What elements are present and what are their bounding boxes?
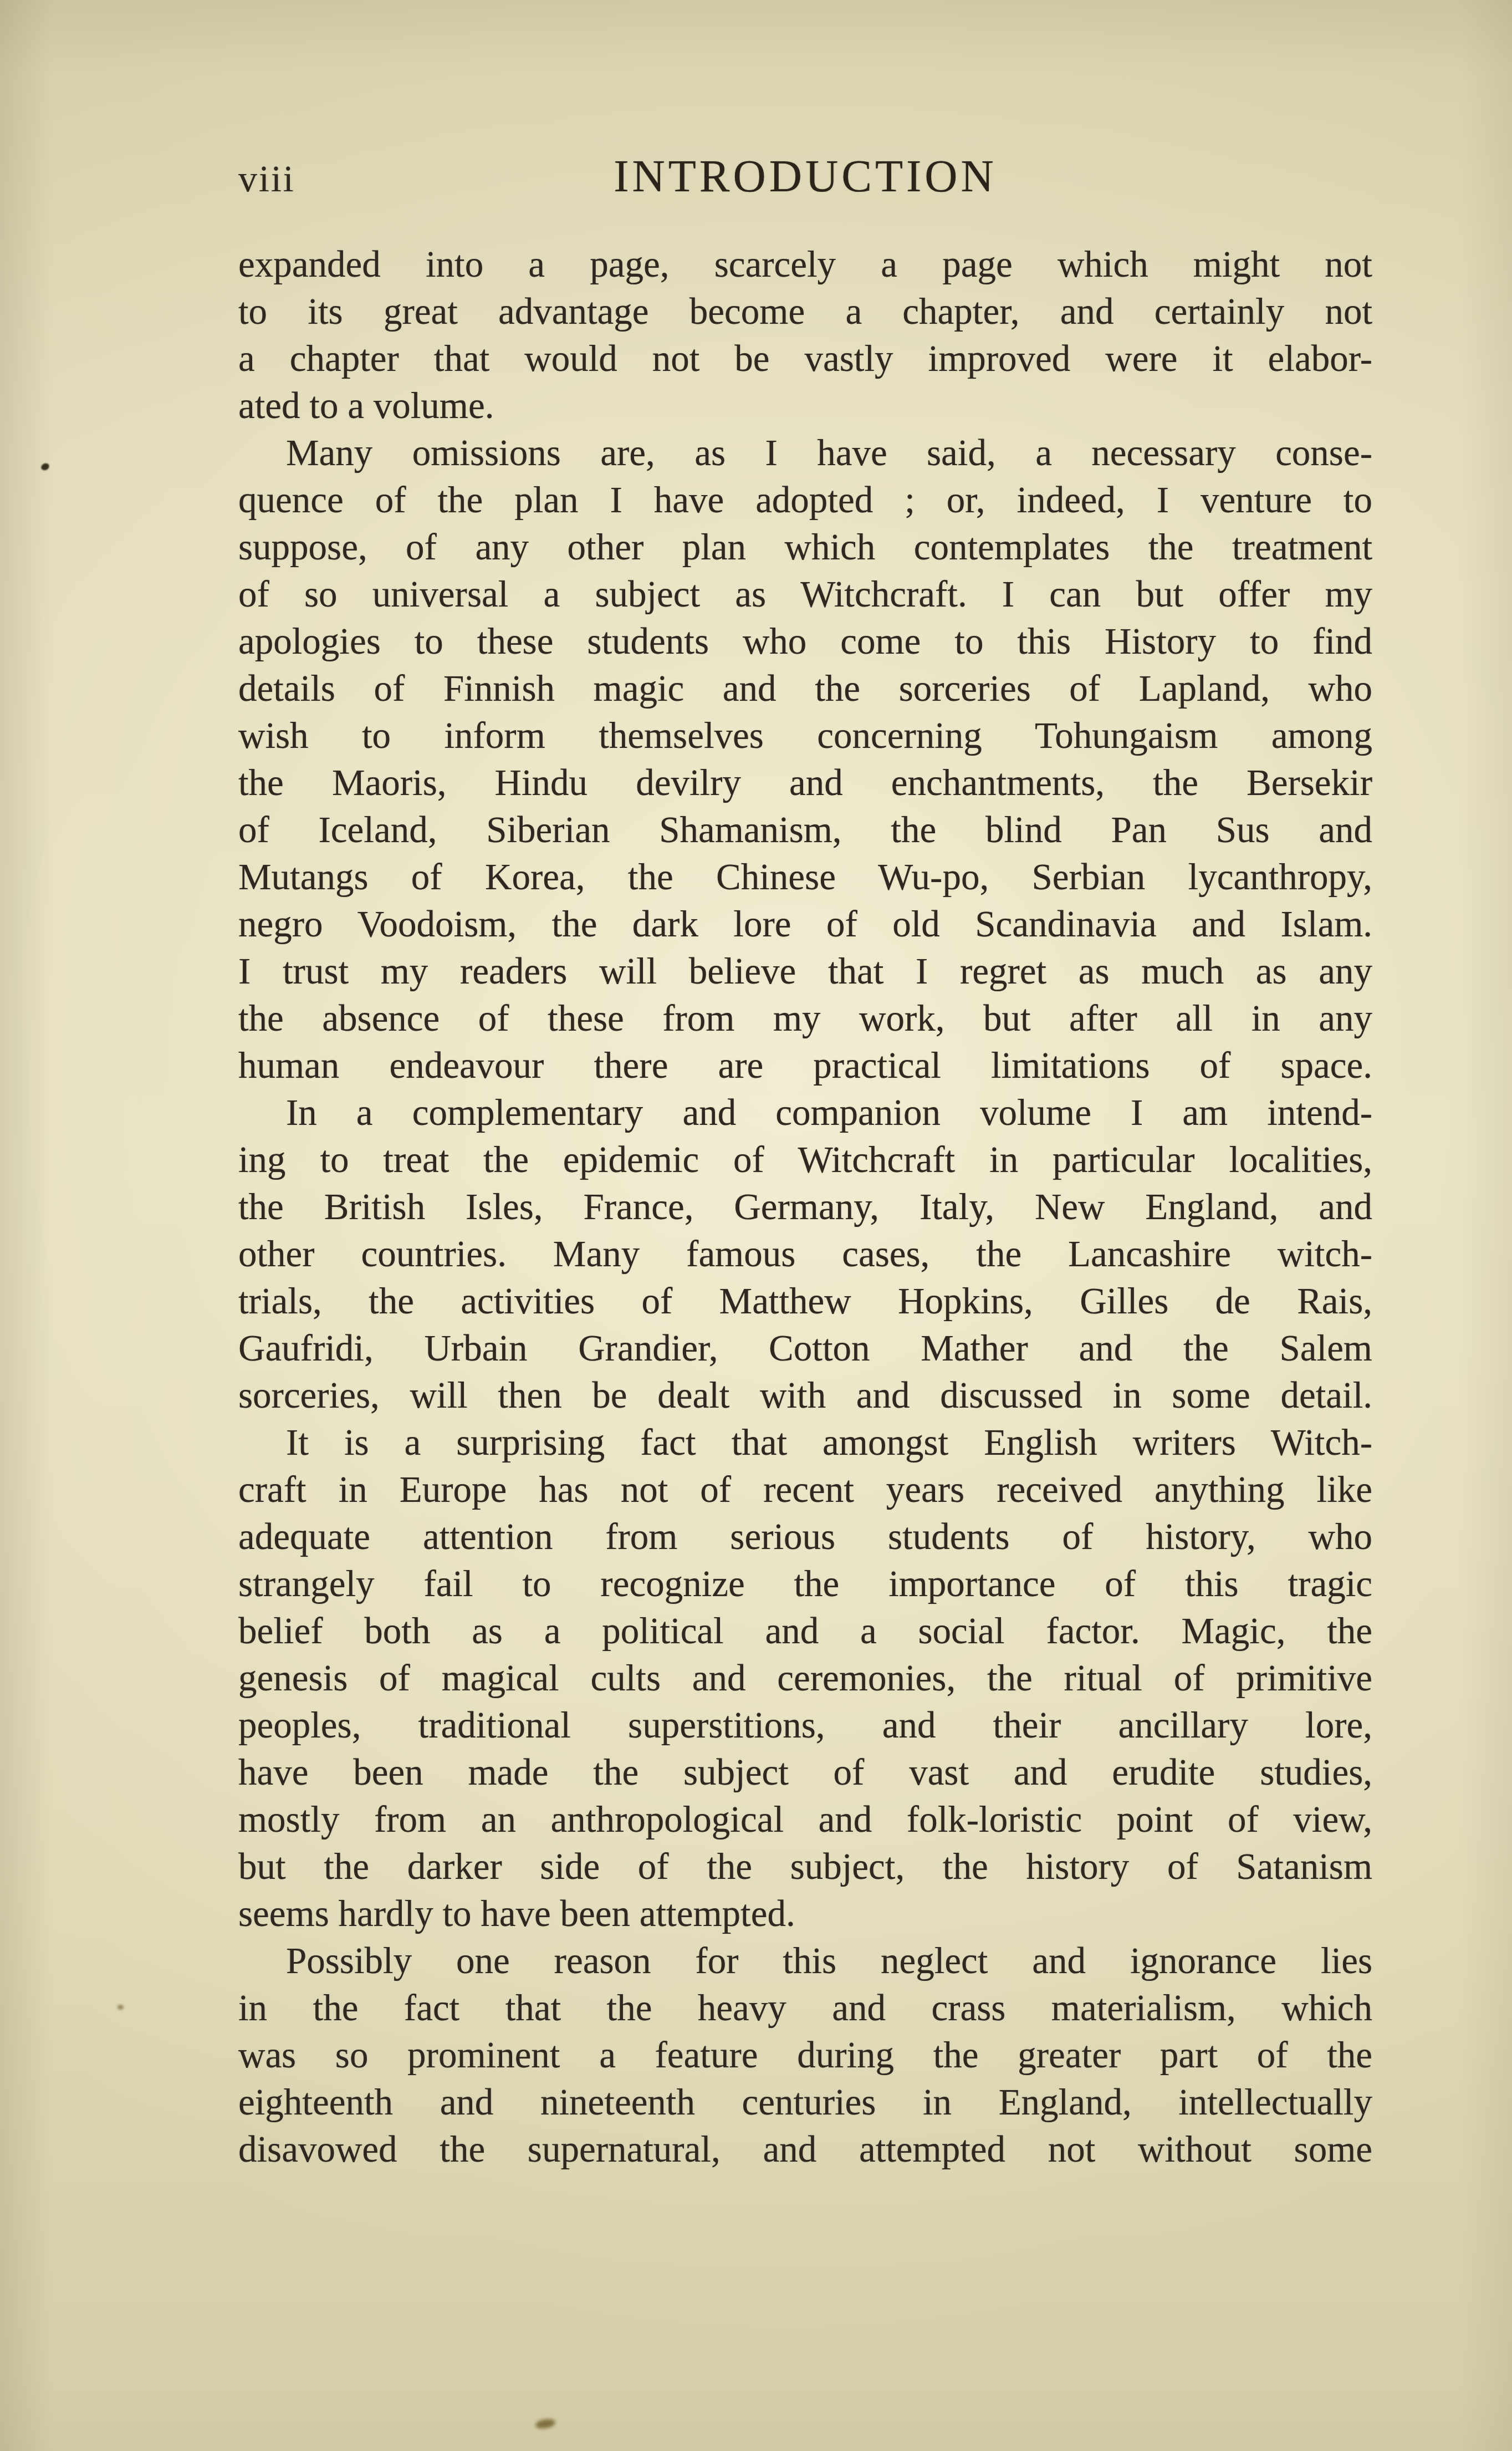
text-line: ated to a volume. [238,383,1372,430]
text-line: Possibly one reason for this neglect and… [238,1938,1372,1985]
book-page: viii INTRODUCTION expanded into a page, … [0,0,1512,2451]
paragraph: It is a surprising fact that amongst Eng… [238,1419,1372,1938]
text-line: mostly from an anthropological and folk-… [238,1796,1372,1843]
text-line: Gaufridi, Urbain Grandier, Cotton Mather… [238,1325,1372,1372]
text-line: seems hardly to have been attempted. [238,1891,1372,1938]
text-line: craft in Europe has not of recent years … [238,1466,1372,1514]
text-line: genesis of magical cults and ceremonies,… [238,1655,1372,1702]
text-line: human endeavour there are practical limi… [238,1042,1372,1089]
text-line: In a complementary and companion volume … [238,1089,1372,1137]
text-line: I trust my readers will believe that I r… [238,948,1372,995]
text-line: negro Voodoism, the dark lore of old Sca… [238,901,1372,948]
text-line: trials, the activities of Matthew Hopkin… [238,1278,1372,1325]
text-line: was so prominent a feature during the gr… [238,2032,1372,2079]
text-line: disavowed the supernatural, and attempte… [238,2126,1372,2173]
text-line: adequate attention from serious students… [238,1514,1372,1561]
text-line: Many omissions are, as I have said, a ne… [238,430,1372,477]
paragraph: expanded into a page, scarcely a page wh… [238,241,1372,430]
text-line: eighteenth and nineteenth centuries in E… [238,2079,1372,2126]
text-line: Mutangs of Korea, the Chinese Wu-po, Ser… [238,854,1372,901]
text-line: of so universal a subject as Witchcraft.… [238,571,1372,618]
text-line: of Iceland, Siberian Shamanism, the blin… [238,807,1372,854]
text-line: belief both as a political and a social … [238,1608,1372,1655]
text-line: peoples, traditional superstitions, and … [238,1702,1372,1749]
paragraph: Many omissions are, as I have said, a ne… [238,430,1372,1089]
paragraph: Possibly one reason for this neglect and… [238,1938,1372,2173]
text-line: to its great advantage become a chapter,… [238,288,1372,335]
text-line: quence of the plan I have adopted ; or, … [238,477,1372,524]
text-line: a chapter that would not be vastly impro… [238,335,1372,383]
text-line: suppose, of any other plan which contemp… [238,524,1372,571]
text-line: sorceries, will then be dealt with and d… [238,1372,1372,1419]
text-line: It is a surprising fact that amongst Eng… [238,1419,1372,1466]
text-line: but the darker side of the subject, the … [238,1843,1372,1891]
ink-speck [40,462,50,471]
ink-speck [535,2418,556,2430]
text-block: expanded into a page, scarcely a page wh… [238,241,1372,2173]
text-line: ing to treat the epidemic of Witchcraft … [238,1137,1372,1184]
text-line: have been made the subject of vast and e… [238,1749,1372,1796]
text-line: strangely fail to recognize the importan… [238,1561,1372,1608]
text-line: details of Finnish magic and the sorceri… [238,665,1372,712]
text-line: the Maoris, Hindu devilry and enchantmen… [238,760,1372,807]
text-line: expanded into a page, scarcely a page wh… [238,241,1372,288]
ink-speck [118,2005,124,2010]
text-line: in the fact that the heavy and crass mat… [238,1985,1372,2032]
text-line: other countries. Many famous cases, the … [238,1231,1372,1278]
text-line: the British Isles, France, Germany, Ital… [238,1184,1372,1231]
text-line: the absence of these from my work, but a… [238,995,1372,1042]
text-line: apologies to these students who come to … [238,618,1372,665]
running-title: INTRODUCTION [238,154,1372,199]
paragraph: In a complementary and companion volume … [238,1089,1372,1419]
text-line: wish to inform themselves concerning Toh… [238,712,1372,760]
